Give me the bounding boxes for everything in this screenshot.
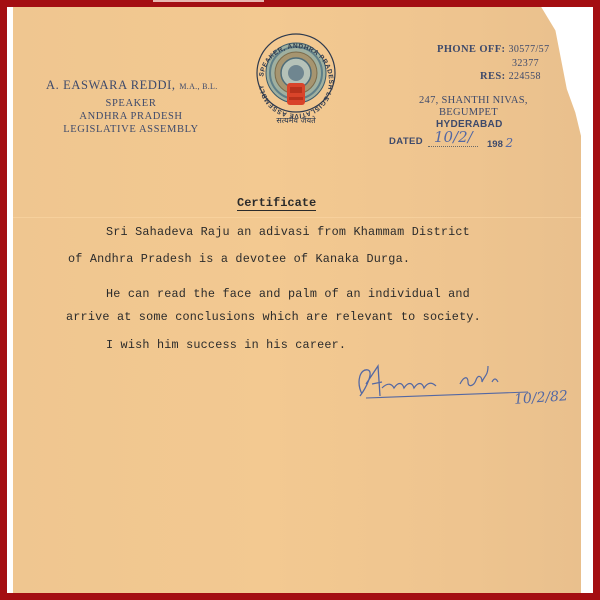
sender-title: SPEAKER bbox=[46, 97, 216, 110]
svg-text:सत्यमेव जयते: सत्यमेव जयते bbox=[276, 115, 316, 125]
letterhead-sender: A. EASWARA REDDI, M.A., B.L. SPEAKER AND… bbox=[46, 78, 216, 136]
phone-office-label: PHONE OFF: bbox=[437, 44, 505, 55]
sender-name-text: A. EASWARA REDDI, bbox=[46, 78, 176, 92]
body-line-4: arrive at some conclusions which are rel… bbox=[66, 310, 481, 324]
dated-label: DATED bbox=[389, 136, 423, 147]
dated-line bbox=[428, 146, 478, 147]
address-line-2: BEGUMPET bbox=[439, 107, 498, 118]
phone-residence: RES: 224558 bbox=[480, 71, 541, 82]
phone-office: PHONE OFF: 30577/57 bbox=[437, 44, 549, 55]
phone-residence-label: RES: bbox=[480, 71, 506, 82]
dated-year-prefix: 198 bbox=[487, 139, 503, 150]
sender-state: ANDHRA PRADESH bbox=[46, 110, 216, 123]
sender-name: A. EASWARA REDDI, M.A., B.L. bbox=[46, 78, 216, 93]
phone-residence-number: 224558 bbox=[509, 71, 541, 82]
phone-office-alt: 32377 bbox=[512, 58, 539, 69]
certificate-heading: Certificate bbox=[237, 197, 316, 211]
phone-office-number-2: 32377 bbox=[512, 58, 539, 69]
dated-handwritten: 10/2/ bbox=[434, 128, 473, 146]
dated-year-handwritten: 2 bbox=[506, 136, 514, 150]
body-line-3: He can read the face and palm of an indi… bbox=[106, 287, 470, 301]
frame-top-accent bbox=[153, 0, 264, 2]
body-line-5: I wish him success in his career. bbox=[106, 338, 346, 352]
sender-institution: LEGISLATIVE ASSEMBLY bbox=[46, 123, 216, 136]
body-line-2: of Andhra Pradesh is a devotee of Kanaka… bbox=[68, 252, 410, 266]
sender-degrees: M.A., B.L. bbox=[179, 82, 217, 91]
dated-year: 198 2 bbox=[487, 136, 513, 150]
address-line-1: 247, SHANTHI NIVAS, bbox=[419, 95, 528, 106]
andhra-pradesh-seal-icon: SPEAKER, ANDHRA PRADESH LEGISLATIVE ASSE… bbox=[254, 33, 338, 129]
body-line-1: Sri Sahadeva Raju an adivasi from Khamma… bbox=[106, 225, 470, 239]
phone-office-number-1: 30577/57 bbox=[508, 44, 549, 55]
